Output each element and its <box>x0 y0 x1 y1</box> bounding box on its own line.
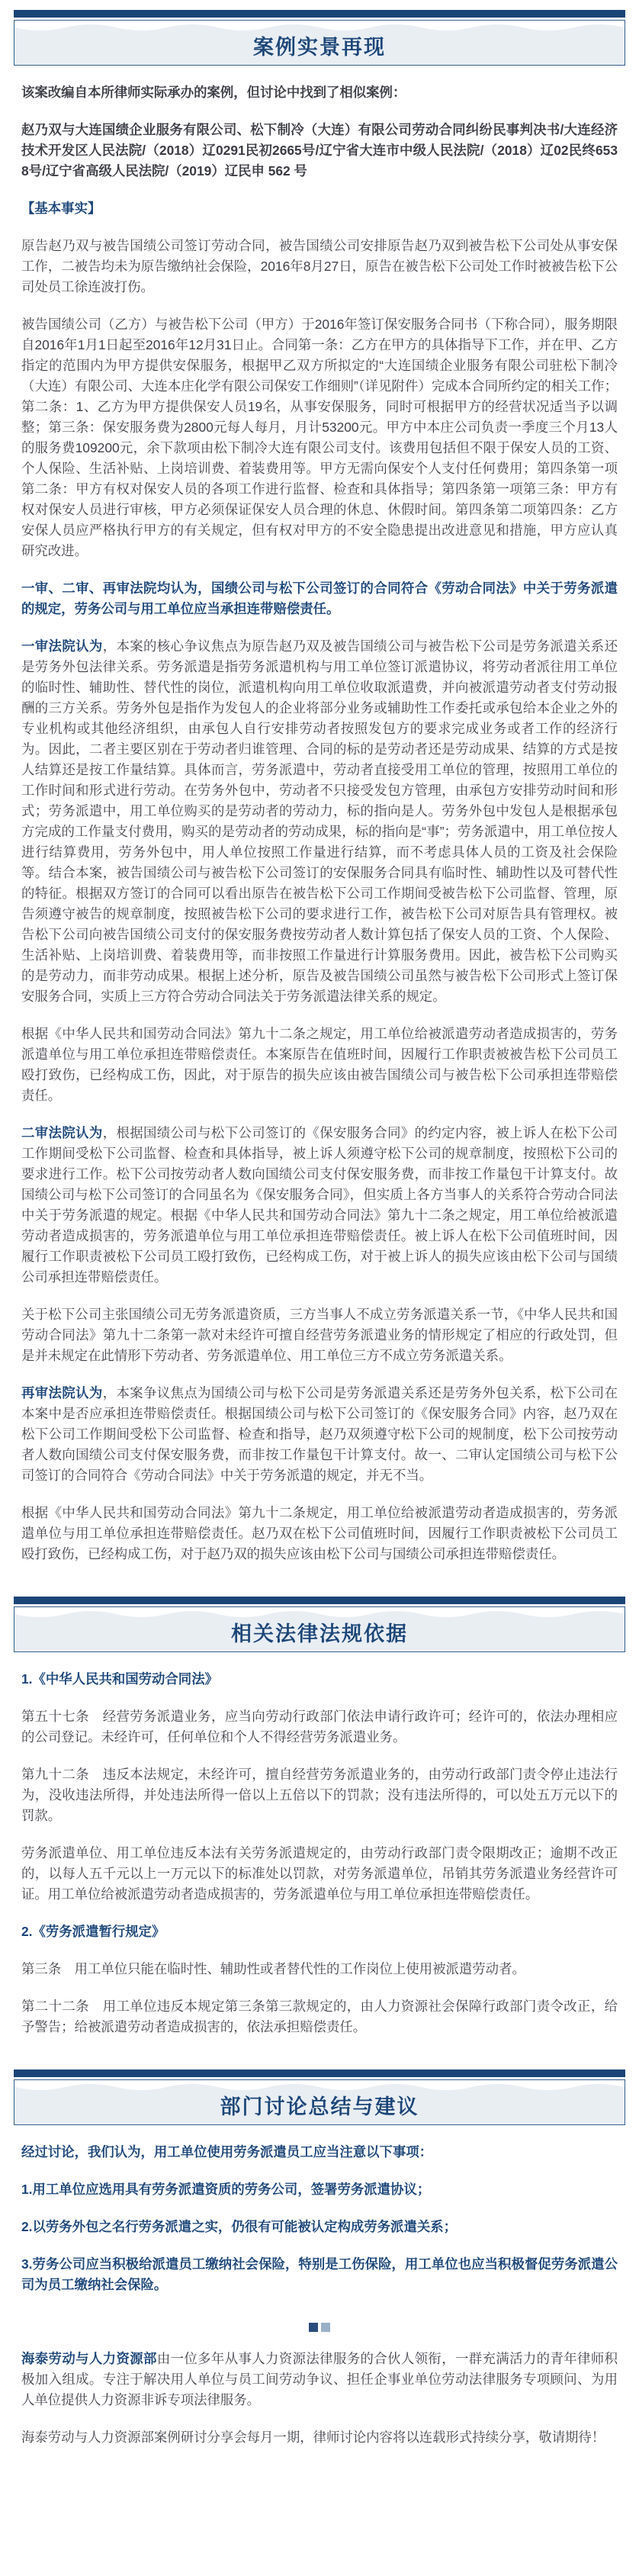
emphasis-paragraph: 【基本事实】 <box>21 198 618 219</box>
section-legal-basis: 相关法律法规依据 1.《中华人民共和国劳动合同法》第五十七条 经营劳务派遣业务，… <box>0 1597 639 2037</box>
bold-lead-in: 再审法院认为 <box>21 1385 103 1401</box>
section-header: 部门讨论总结与建议 <box>14 2069 625 2125</box>
paragraph: 第二十二条 用工单位违反本规定第三条第三款规定的，由人力资源社会保障行政部门责令… <box>21 1996 618 2037</box>
emphasis-paragraph: 1.用工单位应选用具有劳务派遣资质的劳务公司，签署劳务派遣协议； <box>21 2179 618 2200</box>
paragraph: 该案改编自本所律师实际承办的案例，但讨论中找到了相似案例： <box>21 82 618 103</box>
header-title-box: 案例实景再现 <box>14 20 625 66</box>
paragraph: 海泰劳动与人力资源部案例研讨分享会每月一期，律师讨论内容将以连载形式持续分享，敬… <box>21 2427 618 2448</box>
bold-lead-in: 二审法院认为 <box>21 1125 103 1140</box>
paragraph: 二审法院认为，根据国绩公司与松下公司签订的《保安服务合同》的约定内容，被上诉人在… <box>21 1123 618 1288</box>
bold-lead-in: 海泰劳动与人力资源部 <box>21 2351 157 2366</box>
paragraph: 根据《中华人民共和国劳动合同法》第九十二条之规定，用工单位给被派遣劳动者造成损害… <box>21 1024 618 1106</box>
footer-body: 海泰劳动与人力资源部由一位多年从事人力资源法律服务的合伙人领衔，一群充满活力的青… <box>21 2349 618 2448</box>
emphasis-paragraph: 经过讨论，我们认为，用工单位使用劳务派遣员工应当注意以下事项： <box>21 2142 618 2163</box>
header-title-box: 部门讨论总结与建议 <box>14 2079 625 2125</box>
section-title: 相关法律法规依据 <box>231 1612 408 1647</box>
section-body: 该案改编自本所律师实际承办的案例，但讨论中找到了相似案例：赵乃双与大连国绩企业服… <box>0 82 639 1565</box>
paragraph: 被告国绩公司（乙方）与被告松下公司（甲方）于2016年签订保安服务合同书（下称合… <box>21 314 618 561</box>
header-top-bar <box>14 10 625 18</box>
paragraph: 赵乃双与大连国绩企业服务有限公司、松下制冷（大连）有限公司劳动合同纠纷民事判决书… <box>21 120 618 182</box>
section-body: 经过讨论，我们认为，用工单位使用劳务派遣员工应当注意以下事项：1.用工单位应选用… <box>0 2142 639 2295</box>
section-header: 相关法律法规依据 <box>14 1597 625 1652</box>
legal-article-page: 案例实景再现 该案改编自本所律师实际承办的案例，但讨论中找到了相似案例：赵乃双与… <box>0 0 639 2475</box>
paragraph: 第三条 用工单位只能在临时性、辅助性或者替代性的工作岗位上使用被派遣劳动者。 <box>21 1959 618 1979</box>
section-header: 案例实景再现 <box>14 10 625 66</box>
header-title-box: 相关法律法规依据 <box>14 1606 625 1652</box>
paragraph: 关于松下公司主张国绩公司无劳务派遣资质，三方当事人不成立劳务派遣关系一节，《中华… <box>21 1304 618 1366</box>
article-footer: 海泰劳动与人力资源部由一位多年从事人力资源法律服务的合伙人领衔，一群充满活力的青… <box>0 2323 639 2475</box>
paragraph: 根据《中华人民共和国劳动合同法》第九十二条规定，用工单位给被派遣劳动者造成损害的… <box>21 1503 618 1565</box>
paragraph: 再审法院认为，本案争议焦点为国绩公司与松下公司是劳务派遣关系还是劳务外包关系，松… <box>21 1383 618 1486</box>
header-top-bar <box>14 2069 625 2077</box>
section-discussion-summary: 部门讨论总结与建议 经过讨论，我们认为，用工单位使用劳务派遣员工应当注意以下事项… <box>0 2069 639 2295</box>
section-case-replay: 案例实景再现 该案改编自本所律师实际承办的案例，但讨论中找到了相似案例：赵乃双与… <box>0 10 639 1565</box>
bold-lead-in: 一审法院认为 <box>21 638 103 654</box>
paragraph: 第五十七条 经营劳务派遣业务，应当向劳动行政部门依法申请行政许可；经许可的，依法… <box>21 1706 618 1748</box>
emphasis-paragraph: 一审、二审、再审法院均认为，国绩公司与松下公司签订的合同符合《劳动合同法》中关于… <box>21 578 618 619</box>
emphasis-paragraph: 2.《劳务派遣暂行规定》 <box>21 1922 618 1942</box>
emphasis-paragraph: 1.《中华人民共和国劳动合同法》 <box>21 1669 618 1690</box>
section-body: 1.《中华人民共和国劳动合同法》第五十七条 经营劳务派遣业务，应当向劳动行政部门… <box>0 1669 639 2037</box>
paragraph: 原告赵乃双与被告国绩公司签订劳动合同，被告国绩公司安排原告赵乃双到被告松下公司处… <box>21 236 618 297</box>
emphasis-paragraph: 3.劳务公司应当积极给派遣员工缴纳社会保险，特别是工伤保险，用工单位也应当积极督… <box>21 2254 618 2295</box>
emphasis-paragraph: 2.以劳务外包之名行劳务派遣之实，仍很有可能被认定构成劳务派遣关系； <box>21 2217 618 2237</box>
header-top-bar <box>14 1597 625 1604</box>
divider-square-dark-icon <box>309 2323 318 2332</box>
divider-squares <box>21 2323 618 2332</box>
paragraph: 第九十二条 违反本法规定，未经许可，擅自经营劳务派遣业务的，由劳动行政部门责令停… <box>21 1764 618 1826</box>
section-title: 案例实景再现 <box>253 25 386 60</box>
divider-square-light-icon <box>321 2323 330 2332</box>
section-title: 部门讨论总结与建议 <box>220 2085 419 2120</box>
paragraph: 一审法院认为，本案的核心争议焦点为原告赵乃双及被告国绩公司与被告松下公司是劳务派… <box>21 636 618 1007</box>
paragraph: 海泰劳动与人力资源部由一位多年从事人力资源法律服务的合伙人领衔，一群充满活力的青… <box>21 2349 618 2410</box>
paragraph: 劳务派遣单位、用工单位违反本法有关劳务派遣规定的，由劳动行政部门责令限期改正；逾… <box>21 1843 618 1905</box>
